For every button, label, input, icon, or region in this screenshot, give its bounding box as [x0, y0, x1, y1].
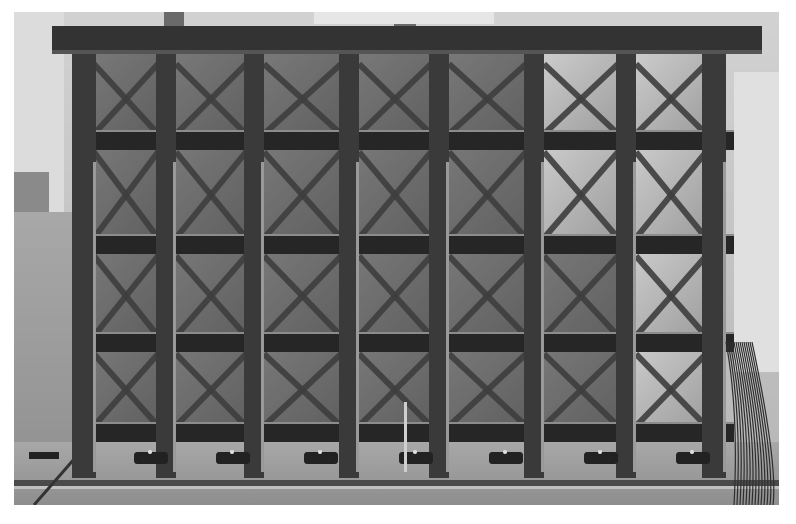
top-beam	[52, 26, 762, 54]
steel-frame-photo	[14, 12, 779, 505]
frame-illustration	[14, 12, 779, 505]
